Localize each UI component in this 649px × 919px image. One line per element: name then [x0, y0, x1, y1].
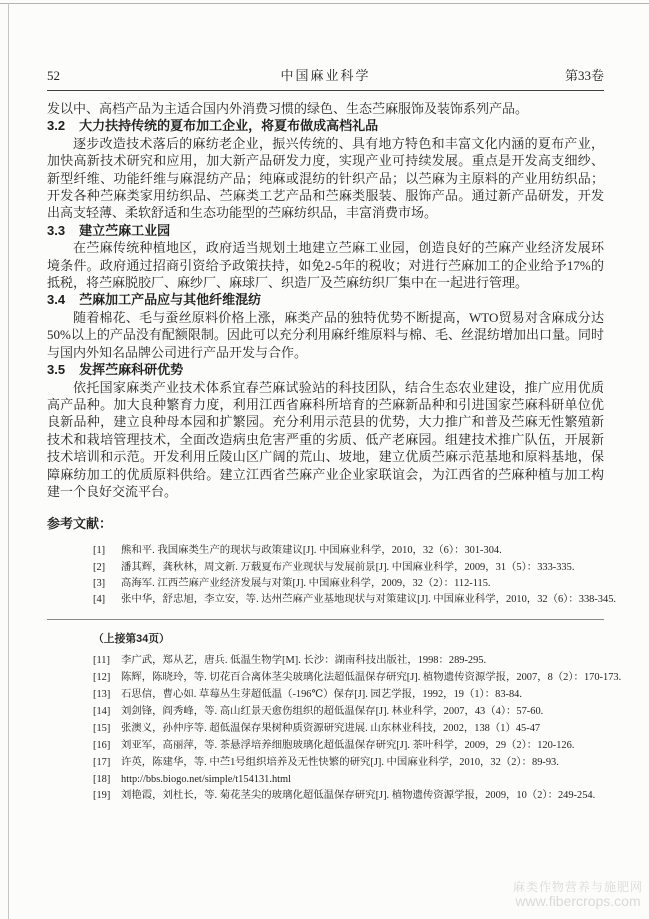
reference-text: 高海军. 江西苎麻产业经济发展与对策[J]. 中国麻业科学，2009，32（2）…	[121, 576, 491, 592]
reference-item: [13]石思信，曹心如. 草莓丛生芽超低温（-196℃）保存[J]. 园艺学报，…	[47, 687, 604, 704]
reference-label: [15]	[93, 721, 121, 738]
section-heading-number: 3.2	[47, 117, 65, 134]
reference-label: [19]	[93, 788, 121, 805]
section-heading-number: 3.4	[47, 291, 65, 308]
references-title: 参考文献：	[47, 515, 604, 532]
journal-title: 中国麻业科学	[117, 68, 534, 84]
reference-text: 刘剑锋，阎秀峰，等. 高山红景天愈伤组织的超低温保存[J]. 林业科学，2007…	[121, 704, 543, 721]
article-body: 发以中、高档产品为主适合国内外消费习惯的绿色、生态苎麻服饰及装饰系列产品。 3.…	[47, 100, 604, 500]
reference-text: 潘其辉，龚秋林，周文新. 万载夏布产业现状与发展前景[J]. 中国麻业科学，20…	[121, 560, 574, 576]
continued-references-list: [11]李广武，郑从艺，唐兵. 低温生物学[M]. 长沙：湖南科技出版社，199…	[47, 653, 604, 805]
scan-edge-left	[8, 3, 9, 919]
watermark: 麻类作物营养与施肥网 www.fibercrops.com	[513, 880, 643, 909]
reference-label: [2]	[93, 560, 121, 576]
section-heading-title: 苎麻加工产品应与其他纤维混纺	[79, 292, 261, 307]
reference-text: 熊和平. 我国麻类生产的现状与政策建议[J]. 中国麻业科学，2010，32（6…	[121, 543, 502, 559]
reference-item: [4]张中华，舒忠旭，李立安，等. 达州苎麻产业基地现状与对策建议[J]. 中国…	[47, 592, 604, 608]
section-heading-number: 3.5	[47, 361, 65, 378]
reference-label: [14]	[93, 704, 121, 721]
section-heading-3-3: 3.3建立苎麻工业园	[47, 222, 604, 239]
reference-item: [2]潘其辉，龚秋林，周文新. 万载夏布产业现状与发展前景[J]. 中国麻业科学…	[47, 560, 604, 576]
reference-text: 许英，陈建华，等. 中苎1号组织培养及无性快繁的研究[J]. 中国麻业科学，20…	[121, 755, 559, 772]
reference-item: [14]刘剑锋，阎秀峰，等. 高山红景天愈伤组织的超低温保存[J]. 林业科学，…	[47, 704, 604, 721]
reference-item: [15]张澳义，孙仲序等. 超低温保存果树种质资源研究进展. 山东林业科技，20…	[47, 721, 604, 738]
reference-label: [1]	[93, 543, 121, 559]
body-paragraph: 在苎麻传统种植地区，政府适当规划土地建立苎麻工业园，创造良好的苎麻产业经济发展环…	[47, 239, 604, 291]
watermark-site-url: www.fibercrops.com	[513, 894, 643, 909]
section-heading-3-5: 3.5发挥苎麻科研优势	[47, 361, 604, 378]
reference-text: http://bbs.biogo.net/simple/t154131.html	[121, 772, 291, 789]
reference-item: [3]高海军. 江西苎麻产业经济发展与对策[J]. 中国麻业科学，2009，32…	[47, 576, 604, 592]
reference-item: [19]刘艳霞，刘杜长，等. 菊花茎尖的玻璃化超低温保存研究[J]. 植物遗传资…	[47, 788, 604, 805]
page-number: 52	[47, 68, 117, 84]
reference-label: [3]	[93, 576, 121, 592]
reference-text: 张澳义，孙仲序等. 超低温保存果树种质资源研究进展. 山东林业科技，2002，1…	[121, 721, 540, 738]
header-rule	[47, 90, 604, 91]
body-paragraph: 随着棉花、毛与蚕丝原料价格上涨，麻类产品的独特优势不断提高，WTO贸易对含麻成分…	[47, 309, 604, 361]
reference-text: 石思信，曹心如. 草莓丛生芽超低温（-196℃）保存[J]. 园艺学报，1992…	[121, 687, 522, 704]
section-heading-number: 3.3	[47, 222, 65, 239]
reference-label: [18]	[93, 772, 121, 789]
body-paragraph: 逐步改造技术落后的麻纺老企业，振兴传统的、具有地方特色和丰富文化内涵的夏布产业，…	[47, 135, 604, 222]
reference-item: [12]陈辉，陈晓玲，等. 切花百合离体茎尖玻璃化法超低温保存研究[J]. 植物…	[47, 670, 604, 687]
continued-from-note: （上接第34页）	[93, 631, 604, 646]
section-heading-3-4: 3.4苎麻加工产品应与其他纤维混纺	[47, 291, 604, 308]
reference-item: [11]李广武，郑从艺，唐兵. 低温生物学[M]. 长沙：湖南科技出版社，199…	[47, 653, 604, 670]
section-heading-title: 发挥苎麻科研优势	[79, 362, 183, 377]
watermark-site-name: 麻类作物营养与施肥网	[513, 880, 643, 894]
reference-item: [18]http://bbs.biogo.net/simple/t154131.…	[47, 772, 604, 789]
page-content: 52 中国麻业科学 第33卷 发以中、高档产品为主适合国内外消费习惯的绿色、生态…	[47, 0, 604, 805]
reference-label: [13]	[93, 687, 121, 704]
reference-text: 刘艳霞，刘杜长，等. 菊花茎尖的玻璃化超低温保存研究[J]. 植物遗传资源学报，…	[121, 788, 595, 805]
body-paragraph: 依托国家麻类产业技术体系宜春苎麻试验站的科技团队，结合生态农业建设，推广应用优质…	[47, 379, 604, 501]
reference-item: [17]许英，陈建华，等. 中苎1号组织培养及无性快繁的研究[J]. 中国麻业科…	[47, 755, 604, 772]
paper-page: 52 中国麻业科学 第33卷 发以中、高档产品为主适合国内外消费习惯的绿色、生态…	[0, 0, 649, 919]
section-heading-3-2: 3.2大力扶持传统的夏布加工企业，将夏布做成高档礼品	[47, 117, 604, 134]
reference-text: 张中华，舒忠旭，李立安，等. 达州苎麻产业基地现状与对策建议[J]. 中国麻业科…	[121, 592, 616, 608]
reference-label: [17]	[93, 755, 121, 772]
journal-header: 52 中国麻业科学 第33卷	[47, 0, 604, 84]
reference-label: [12]	[93, 670, 121, 687]
reference-text: 刘亚军，高丽萍，等. 茶悬浮培养细胞玻璃化超低温保存研究[J]. 茶叶科学，20…	[121, 738, 574, 755]
body-paragraph-continuation: 发以中、高档产品为主适合国内外消费习惯的绿色、生态苎麻服饰及装饰系列产品。	[47, 100, 604, 117]
section-heading-title: 建立苎麻工业园	[79, 223, 170, 238]
references-list: [1]熊和平. 我国麻类生产的现状与政策建议[J]. 中国麻业科学，2010，3…	[47, 543, 604, 608]
volume-label: 第33卷	[534, 68, 604, 84]
reference-item: [16]刘亚军，高丽萍，等. 茶悬浮培养细胞玻璃化超低温保存研究[J]. 茶叶科…	[47, 738, 604, 755]
reference-label: [16]	[93, 738, 121, 755]
section-divider	[47, 619, 604, 620]
reference-text: 陈辉，陈晓玲，等. 切花百合离体茎尖玻璃化法超低温保存研究[J]. 植物遗传资源…	[121, 670, 621, 687]
reference-label: [4]	[93, 592, 121, 608]
reference-label: [11]	[93, 653, 121, 670]
section-heading-title: 大力扶持传统的夏布加工企业，将夏布做成高档礼品	[79, 118, 378, 133]
reference-text: 李广武，郑从艺，唐兵. 低温生物学[M]. 长沙：湖南科技出版社，1998：28…	[121, 653, 486, 670]
reference-item: [1]熊和平. 我国麻类生产的现状与政策建议[J]. 中国麻业科学，2010，3…	[47, 543, 604, 559]
